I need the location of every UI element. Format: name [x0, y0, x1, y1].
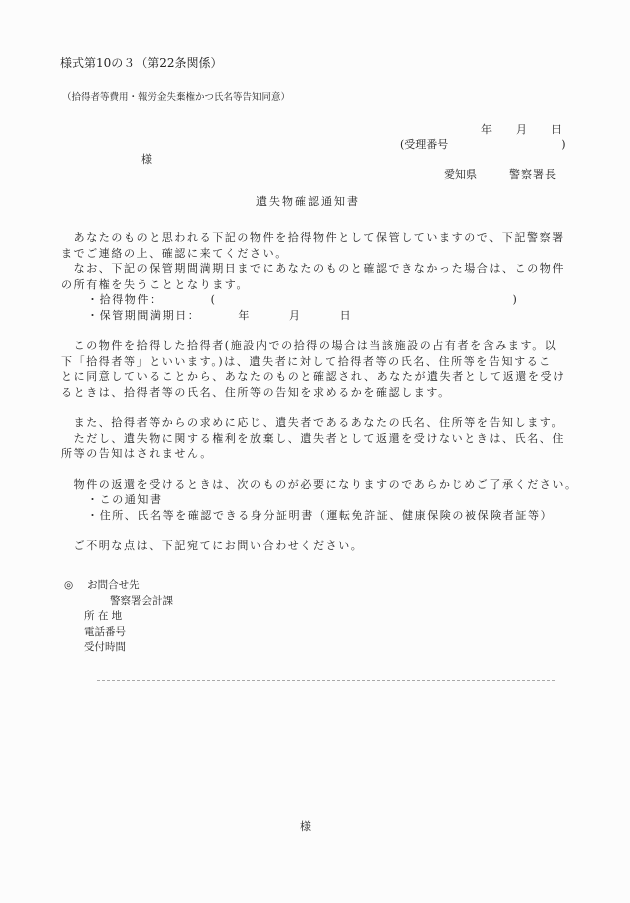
footer-addressee-suffix: 様 [300, 818, 311, 834]
document-title: 遺失物確認通知書 [256, 193, 360, 209]
expiry-date-label: ・保管期間満期日： [87, 309, 200, 322]
paragraph-line: この物件を拾得した拾得者(施設内での拾得の場合は当該施設の占有者を含みます。以 [61, 338, 578, 354]
paragraph-line: また、拾得者等からの求めに応じ、遺失者であるあなたの氏名、住所等を告知します。 [61, 415, 578, 431]
sender-station: 警察署長 [509, 168, 557, 181]
contact-department: 警察署会計課 [64, 594, 173, 610]
form-subtitle: （拾得者等費用・報労金失棄権かつ氏名等告知同意） [62, 89, 290, 103]
expiry-day: 日 [340, 309, 353, 322]
paragraph-line: なお、下記の保管期間満期日までにあなたのものと確認できなかった場合は、この物件 [61, 261, 578, 277]
found-item-open: ( [211, 293, 217, 306]
contact-hours-label: 受付時間 [64, 640, 173, 656]
paragraph-line: るときは、拾得者等の氏名、住所等の告知を求めるかを確認します。 [61, 385, 578, 401]
receipt-number-close: ) [561, 138, 565, 151]
contact-phone-label: 電話番号 [64, 625, 173, 641]
requirement-item: ・この通知書 [61, 492, 578, 508]
date-year-label: 年 [481, 121, 492, 137]
expiry-date-row: ・保管期間満期日：年月日 [61, 308, 578, 324]
found-item-close: ) [513, 293, 519, 306]
form-number: 様式第10の３（第22条関係） [60, 54, 223, 71]
double-circle-icon: ◎ [64, 579, 73, 591]
expiry-year: 年 [238, 309, 251, 322]
addressee-suffix: 様 [141, 151, 152, 167]
paragraph-line: の所有権を失うこととなります。 [61, 277, 578, 293]
paragraph-line: 下「拾得者等」といいます。)は、遺失者に対して拾得者等の氏名、住所等を告知するこ [61, 354, 578, 370]
found-item-row: ・拾得物件：() [61, 292, 578, 308]
receipt-number: (受理番号) [400, 136, 566, 152]
document-body: あなたのものと思われる下記の物件を拾得物件として保管していますので、下記警察署 … [61, 230, 578, 554]
cut-line-divider [97, 680, 555, 681]
paragraph-line: 所等の告知はされません。 [61, 446, 578, 462]
expiry-month: 月 [289, 309, 302, 322]
date-day-label: 日 [551, 121, 562, 137]
sender: 愛知県警察署長 [444, 166, 557, 182]
contact-address-label: 所 在 地 [64, 609, 173, 625]
contact-section: ◎お問合せ先 警察署会計課 所 在 地 電話番号 受付時間 [64, 578, 173, 656]
sender-prefecture: 愛知県 [444, 168, 477, 181]
paragraph-line: 物件の返還を受けるときは、次のものが必要になりますのであらかじめご了承ください。 [61, 477, 578, 493]
paragraph-line: あなたのものと思われる下記の物件を拾得物件として保管していますので、下記警察署 [61, 230, 578, 246]
issue-date: 年月日 [481, 121, 562, 137]
paragraph-line: ただし、遺失物に関する権利を放棄し、遺失者として返還を受けないときは、氏名、住 [61, 431, 578, 447]
paragraph-line: までご連絡の上、確認に来てください。 [61, 246, 578, 262]
contact-heading: ◎お問合せ先 [64, 578, 173, 594]
date-month-label: 月 [516, 121, 527, 137]
receipt-number-label: (受理番号 [400, 138, 448, 151]
paragraph-line: とに同意していることから、あなたのものと確認され、あなたが遺失者として返還を受け [61, 369, 578, 385]
paragraph-line: ご不明な点は、下記宛てにお問い合わせください。 [61, 538, 578, 554]
requirement-item: ・住所、氏名等を確認できる身分証明書（運転免許証、健康保険の被保険者証等） [61, 508, 578, 524]
contact-heading-label: お問合せ先 [87, 579, 140, 591]
found-item-label: ・拾得物件： [87, 293, 163, 306]
